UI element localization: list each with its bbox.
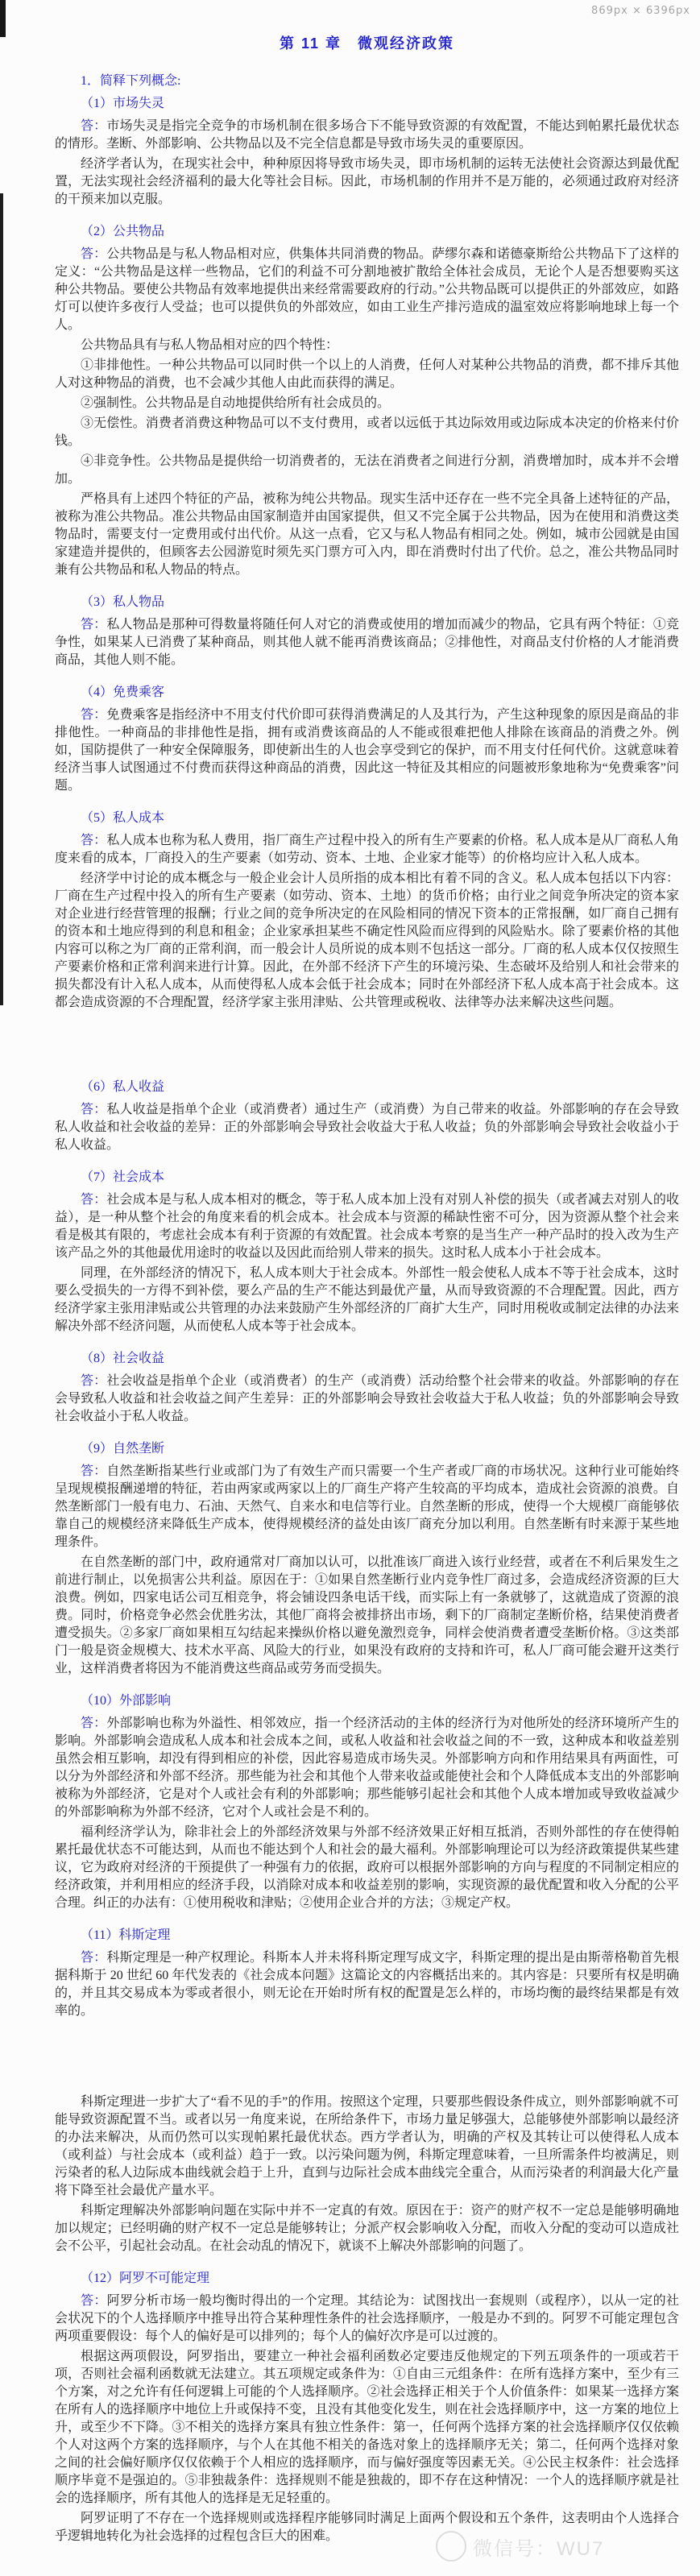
concept-heading: （8）社会收益 bbox=[55, 1350, 679, 1368]
body-paragraph: ①非排他性。一种公共物品可以同时供一个以上的人消费，任何人对某种公共物品的消费，… bbox=[55, 357, 679, 392]
body-paragraph: 科斯定理进一步扩大了“看不见的手”的作用。按照这个定理，只要那些假设条件成立，则… bbox=[55, 2094, 679, 2200]
concept-heading: （4）免费乘客 bbox=[55, 684, 679, 702]
body-paragraph: ②强制性。公共物品是自动地提供给所有社会成员的。 bbox=[55, 395, 679, 412]
concept-heading: （10）外部影响 bbox=[55, 1692, 679, 1710]
answer-paragraph: 答：私人物品是那种可得数量将随任何人对它的消费或使用的增加而减少的物品，它具有两… bbox=[55, 616, 679, 669]
concept-heading: （2）公共物品 bbox=[55, 223, 679, 241]
concept-heading: （3）私人物品 bbox=[55, 594, 679, 611]
answer-label: 答： bbox=[81, 1103, 106, 1116]
answer-paragraph: 答：免费乘客是指经济中不用支付代价即可获得消费满足的人及其行为，产生这种现象的原… bbox=[55, 706, 679, 795]
blank-gap bbox=[55, 2023, 679, 2094]
answer-label: 答： bbox=[81, 247, 106, 261]
concept-heading: （7）社会成本 bbox=[55, 1169, 679, 1187]
answer-paragraph: 答：外部影响也称为外溢性、相邻效应，指一个经济活动的主体的经济行为对他所处的经济… bbox=[55, 1715, 679, 1821]
body-paragraph: 同理，在外部经济的情况下，私人成本则大于社会成本。外部性一般会使私人成本不等于社… bbox=[55, 1265, 679, 1336]
answer-label: 答： bbox=[81, 1464, 106, 1478]
answer-paragraph: 答：私人收益是指单个企业（或消费者）通过生产（或消费）为自己带来的收益。外部影响… bbox=[55, 1101, 679, 1154]
body-paragraph: 严格具有上述四个特征的产品，被称为纯公共物品。现实生活中还存在一些不完全具备上述… bbox=[55, 491, 679, 579]
answer-paragraph: 答：社会成本是与私人成本相对的概念，等于私人成本加上没有对别人补偿的损失（或者减… bbox=[55, 1191, 679, 1262]
body-paragraph: 阿罗证明了不存在一个选择规则或选择程序能够同时满足上面两个假设和五个条件，这表明… bbox=[55, 2510, 679, 2545]
body-paragraph: 在自然垄断的部门中，政府通常对厂商加以认可，以批准该厂商进入该行业经营，或者在不… bbox=[55, 1554, 679, 1678]
concept-heading: （11）科斯定理 bbox=[55, 1927, 679, 1944]
body-paragraph: ③无偿性。消费者消费这种物品可以不支付费用，或者以远低于其边际效用或边际成本决定… bbox=[55, 415, 679, 450]
answer-paragraph: 答：公共物品是与私人物品相对应，供集体共同消费的物品。萨缪尔森和诺德豪斯给公共物… bbox=[55, 246, 679, 334]
body-paragraph: 福利经济学认为，除非社会上的外部经济效果与外部不经济效果正好相互抵消，否则外部性… bbox=[55, 1824, 679, 1912]
body-paragraph: ④非竞争性。公共物品是提供给一切消费者的，无法在消费者之间进行分割，消费增加时，… bbox=[55, 453, 679, 488]
answer-label: 答： bbox=[81, 708, 106, 722]
concept-heading: （12）阿罗不可能定理 bbox=[55, 2270, 679, 2288]
concept-heading: （6）私人收益 bbox=[55, 1079, 679, 1096]
answer-label: 答： bbox=[81, 1193, 106, 1207]
answer-label: 答： bbox=[81, 119, 106, 133]
answer-paragraph: 答：自然垄断指某些行业或部门为了有效生产而只需要一个生产者或厂商的市场状况。这种… bbox=[55, 1463, 679, 1551]
answer-paragraph: 答：阿罗分析市场一般均衡时得出的一个定理。其结论为：试图找出一套规则（或程序），… bbox=[55, 2292, 679, 2346]
body-paragraph: 公共物品具有与私人物品相对应的四个特性： bbox=[55, 337, 679, 354]
answer-label: 答： bbox=[81, 618, 106, 632]
body-paragraph: 经济学中讨论的成本概念与一般企业会计人员所指的成本相比有着不同的含义。私人成本包… bbox=[55, 870, 679, 1012]
chapter-title: 第 11 章 微观经济政策 bbox=[55, 32, 679, 53]
blank-gap bbox=[55, 1014, 679, 1064]
document-page: 第 11 章 微观经济政策 1．简释下列概念:（1）市场失灵答：市场失灵是指完全… bbox=[0, 0, 700, 2576]
concept-heading: （1）市场失灵 bbox=[55, 95, 679, 113]
answer-paragraph: 答：私人成本也称为私人费用，指厂商生产过程中投入的所有生产要素的价格。私人成本是… bbox=[55, 832, 679, 868]
answer-paragraph: 答：社会收益是指单个企业（或消费者）的生产（或消费）活动给整个社会带来的收益。外… bbox=[55, 1373, 679, 1426]
answer-label: 答： bbox=[81, 834, 106, 847]
body-paragraph: 科斯定理解决外部影响问题在实际中并不一定真的有效。原因在于：资产的财产权不一定总… bbox=[55, 2202, 679, 2255]
concept-heading: （5）私人成本 bbox=[55, 810, 679, 827]
body-paragraph: 根据这两项假设，阿罗指出，要建立一种社会福利函数必定要违反他规定的下列五项条件的… bbox=[55, 2348, 679, 2508]
answer-paragraph: 答：市场失灵是指完全竞争的市场机制在很多场合下不能导致资源的有效配置，不能达到帕… bbox=[55, 118, 679, 153]
answer-paragraph: 答：科斯定理是一种产权理论。科斯本人并未将科斯定理写成文字，科斯定理的提出是由斯… bbox=[55, 1949, 679, 2020]
body-paragraph: 经济学者认为，在现实社会中，种种原因将导致市场失灵，即市场机制的运转无法使社会资… bbox=[55, 155, 679, 209]
answer-label: 答： bbox=[81, 2294, 107, 2308]
section-question: 1．简释下列概念: bbox=[55, 72, 679, 90]
answer-label: 答： bbox=[81, 1951, 106, 1965]
document-body: 1．简释下列概念:（1）市场失灵答：市场失灵是指完全竞争的市场机制在很多场合下不… bbox=[55, 72, 679, 2545]
answer-label: 答： bbox=[81, 1717, 106, 1730]
concept-heading: （9）自然垄断 bbox=[55, 1440, 679, 1458]
answer-label: 答： bbox=[81, 1374, 106, 1388]
